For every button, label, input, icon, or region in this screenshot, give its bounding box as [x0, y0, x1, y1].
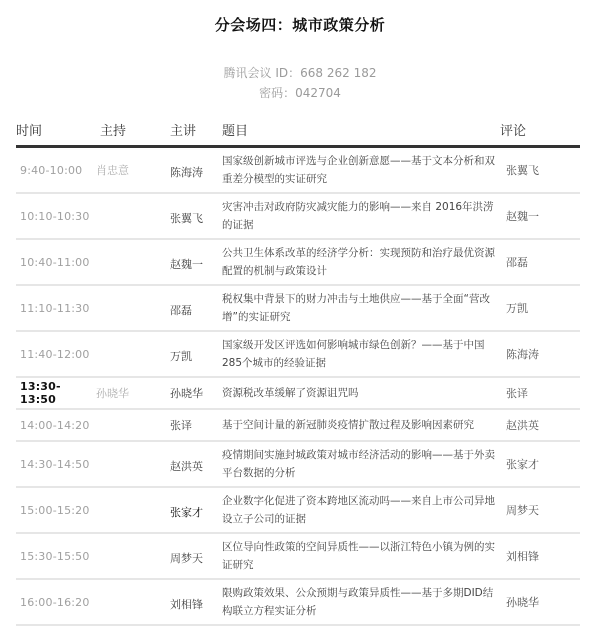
cell-time: 13:30-13:50	[16, 380, 96, 406]
cell-time: 14:30-14:50	[16, 458, 96, 471]
meeting-password: 密码：042704	[0, 83, 600, 103]
table-row: 15:30-15:50 周梦天 区位导向性政策的空间异质性——以浙江特色小镇为例…	[16, 534, 580, 580]
cell-time: 10:10-10:30	[16, 210, 96, 223]
column-header-comment: 评论	[500, 120, 580, 139]
column-header-time: 时间	[16, 120, 96, 139]
cell-time: 10:40-11:00	[16, 256, 96, 269]
cell-comment: 赵洪英	[500, 417, 580, 433]
cell-topic: 公共卫生体系改革的经济学分析：实现预防和治疗最优资源配置的机制与政策设计	[222, 244, 500, 280]
cell-time: 14:00-14:20	[16, 419, 96, 432]
cell-topic: 基于空间计量的新冠肺炎疫情扩散过程及影响因素研究	[222, 416, 500, 434]
cell-speaker: 赵魏一	[170, 252, 222, 272]
cell-topic: 国家级开发区评选如何影响城市绿色创新？——基于中国285个城市的经验证据	[222, 336, 500, 372]
cell-comment: 刘相锋	[500, 548, 580, 564]
column-header-host: 主持	[96, 120, 170, 139]
meeting-id: 腾讯会议 ID：668 262 182	[0, 63, 600, 83]
cell-topic: 资源税改革缓解了资源诅咒吗	[222, 384, 500, 402]
cell-time: 15:00-15:20	[16, 504, 96, 517]
table-row: 16:00-16:20 刘相锋 限购政策效果、公众预期与政策异质性——基于多期D…	[16, 580, 580, 626]
cell-speaker: 万凯	[170, 344, 222, 364]
table-header: 时间 主持 主讲 题目 评论	[16, 113, 580, 148]
cell-topic: 限购政策效果、公众预期与政策异质性——基于多期DID结构联立方程实证分析	[222, 584, 500, 620]
cell-time: 16:00-16:20	[16, 596, 96, 609]
cell-host: 肖忠意	[96, 162, 170, 178]
cell-comment: 孙晓华	[500, 594, 580, 610]
table-row: 10:40-11:00 赵魏一 公共卫生体系改革的经济学分析：实现预防和治疗最优…	[16, 240, 580, 286]
cell-time: 15:30-15:50	[16, 550, 96, 563]
table-row: 11:10-11:30 邵磊 税权集中背景下的财力冲击与土地供应——基于全面“营…	[16, 286, 580, 332]
cell-time: 9:40-10:00	[16, 164, 96, 177]
meeting-info: 腾讯会议 ID：668 262 182 密码：042704	[0, 63, 600, 103]
table-row: 11:40-12:00 万凯 国家级开发区评选如何影响城市绿色创新？——基于中国…	[16, 332, 580, 378]
cell-comment: 陈海涛	[500, 346, 580, 362]
cell-speaker: 邵磊	[170, 298, 222, 318]
cell-topic: 灾害冲击对政府防灾减灾能力的影响——来自 2016年洪涝的证据	[222, 198, 500, 234]
cell-topic: 区位导向性政策的空间异质性——以浙江特色小镇为例的实证研究	[222, 538, 500, 574]
table-row: 14:00-14:20 张译 基于空间计量的新冠肺炎疫情扩散过程及影响因素研究 …	[16, 410, 580, 442]
cell-topic: 税权集中背景下的财力冲击与土地供应——基于全面“营改增”的实证研究	[222, 290, 500, 326]
table-row: 15:00-15:20 张家才 企业数字化促进了资本跨地区流动吗——来自上市公司…	[16, 488, 580, 534]
page-title: 分会场四：城市政策分析	[0, 14, 600, 35]
cell-comment: 张家才	[500, 456, 580, 472]
cell-speaker: 赵洪英	[170, 454, 222, 474]
cell-comment: 邵磊	[500, 254, 580, 270]
schedule-table: 时间 主持 主讲 题目 评论 9:40-10:00 肖忠意 陈海涛 国家级创新城…	[16, 113, 580, 626]
cell-host: 孙晓华	[96, 385, 170, 401]
cell-topic: 国家级创新城市评选与企业创新意愿——基于文本分析和双重差分模型的实证研究	[222, 152, 500, 188]
cell-time: 11:40-12:00	[16, 348, 96, 361]
cell-time: 11:10-11:30	[16, 302, 96, 315]
cell-topic: 企业数字化促进了资本跨地区流动吗——来自上市公司异地设立子公司的证据	[222, 492, 500, 528]
table-row: 9:40-10:00 肖忠意 陈海涛 国家级创新城市评选与企业创新意愿——基于文…	[16, 148, 580, 194]
cell-speaker: 陈海涛	[170, 160, 222, 180]
cell-topic: 疫情期间实施封城政策对城市经济活动的影响——基于外卖平台数据的分析	[222, 446, 500, 482]
cell-comment: 万凯	[500, 300, 580, 316]
column-header-topic: 题目	[222, 120, 500, 139]
cell-speaker: 张译	[170, 417, 222, 433]
cell-comment: 张译	[500, 385, 580, 401]
table-row: 14:30-14:50 赵洪英 疫情期间实施封城政策对城市经济活动的影响——基于…	[16, 442, 580, 488]
cell-speaker: 张家才	[170, 500, 222, 520]
cell-comment: 赵魏一	[500, 208, 580, 224]
table-row: 13:30-13:50 孙晓华 孙晓华 资源税改革缓解了资源诅咒吗 张译	[16, 378, 580, 410]
cell-speaker: 周梦天	[170, 546, 222, 566]
table-row: 10:10-10:30 张翼飞 灾害冲击对政府防灾减灾能力的影响——来自 201…	[16, 194, 580, 240]
column-header-speaker: 主讲	[170, 120, 222, 139]
cell-comment: 周梦天	[500, 502, 580, 518]
cell-speaker: 张翼飞	[170, 206, 222, 226]
cell-speaker: 孙晓华	[170, 385, 222, 401]
cell-comment: 张翼飞	[500, 162, 580, 178]
cell-speaker: 刘相锋	[170, 592, 222, 612]
